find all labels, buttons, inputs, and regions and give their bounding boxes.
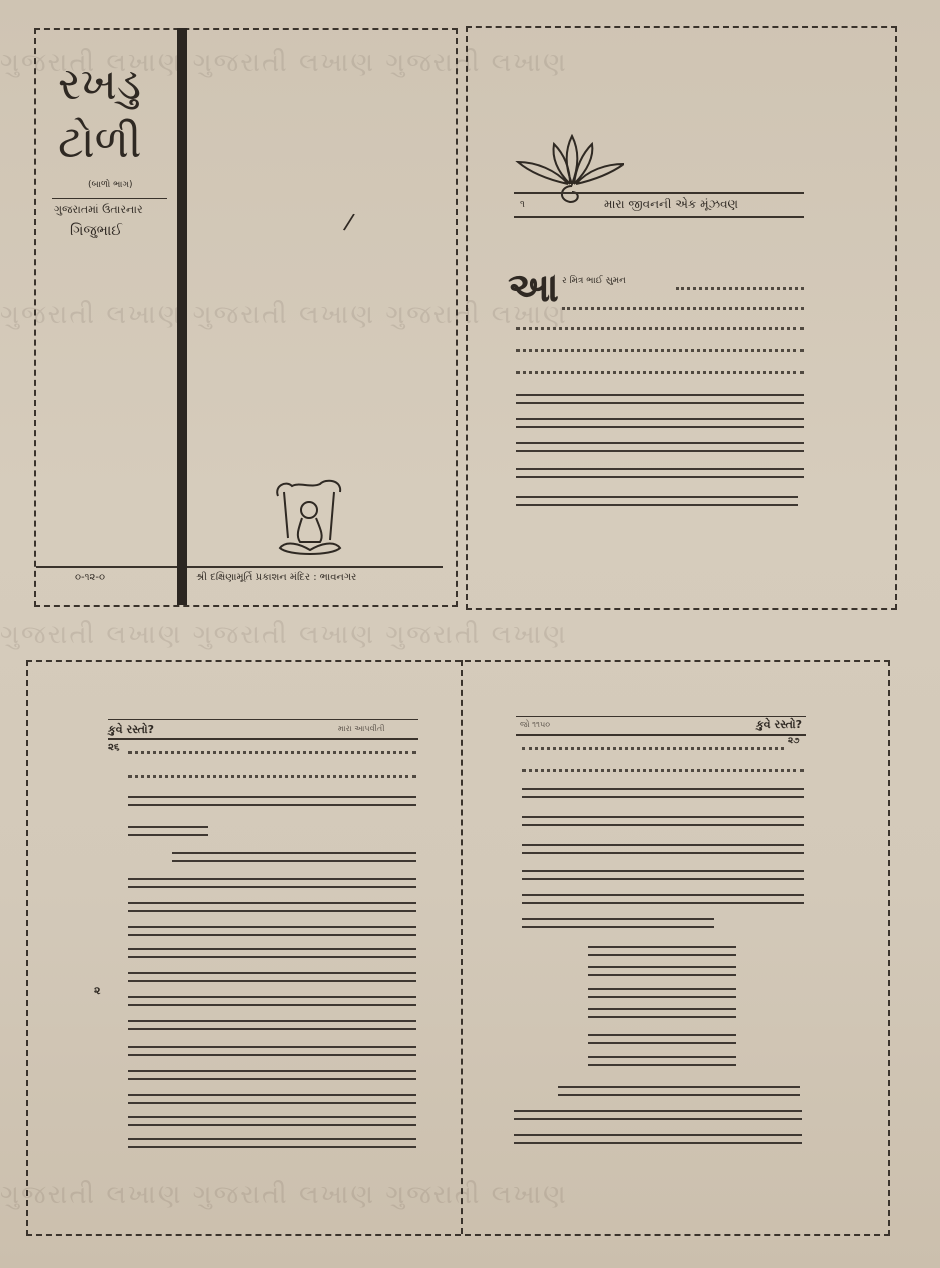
text-line-placeholder — [128, 902, 416, 912]
right-page-number: ૨૭ — [788, 736, 800, 746]
text-line-placeholder — [128, 1116, 416, 1126]
text-line-placeholder — [514, 1134, 802, 1144]
text-line-placeholder — [558, 1086, 800, 1096]
chapter-rule-bottom — [514, 216, 804, 218]
text-line-placeholder — [128, 972, 416, 982]
text-line-placeholder — [128, 1138, 416, 1148]
text-line-placeholder — [128, 1094, 416, 1104]
text-line-placeholder — [128, 1020, 416, 1030]
verse-line — [588, 1008, 736, 1018]
text-line — [516, 362, 804, 374]
text-line-placeholder — [128, 1046, 416, 1056]
running-head-rule-top — [108, 719, 418, 720]
cover-title-line1: રખડુ — [58, 62, 141, 108]
text-line-placeholder — [522, 844, 804, 854]
seated-sage-emblem-icon — [272, 478, 348, 558]
left-page-number: ૨૬ — [108, 742, 119, 753]
cover-publisher: શ્રી દક્ષિણામૂર્તિ પ્રકાશન મંદિર : ભાવનગ… — [196, 572, 356, 583]
cover-author: ગિજુભાઈ — [70, 223, 122, 239]
text-line — [516, 318, 804, 330]
text-line-placeholder — [522, 816, 804, 826]
text-line-placeholder — [516, 442, 804, 452]
text-line-placeholder — [522, 918, 714, 928]
text-line — [676, 278, 804, 290]
text-line — [128, 766, 416, 778]
right-running-head: કુવે રસ્તો? — [756, 718, 802, 732]
text-line-placeholder — [128, 926, 416, 936]
text-line-placeholder — [522, 894, 804, 904]
cover-divider — [52, 198, 167, 199]
text-line-placeholder — [514, 1110, 802, 1120]
margin-mark: ૨ — [94, 984, 100, 998]
text-line-placeholder — [128, 826, 208, 836]
book-spine — [177, 28, 187, 605]
verse-line — [588, 946, 736, 956]
cover-translator-label: ગુજરાતમાં ઉતારનાર — [54, 203, 143, 217]
text-line-placeholder — [522, 788, 804, 798]
text-line — [522, 738, 784, 750]
text-line — [128, 742, 416, 754]
verse-line — [588, 1056, 736, 1066]
text-line — [516, 340, 804, 352]
text-line — [522, 760, 804, 772]
cover-subtitle: (બાળો ભાગ) — [88, 180, 133, 190]
text-line-placeholder — [516, 394, 804, 404]
text-line-placeholder — [516, 468, 804, 478]
running-head-rule-bottom — [516, 734, 806, 736]
text-line-placeholder — [516, 418, 804, 428]
chapter-rule-top — [514, 192, 804, 194]
chapter-title: મારા જીવનની એક મૂંઝવણ — [604, 197, 738, 212]
chapter-number: ૧ — [520, 199, 525, 210]
drop-cap: આ — [508, 266, 559, 310]
text-line-placeholder — [128, 1070, 416, 1080]
running-head-rule-bottom — [108, 738, 418, 740]
verse-line — [588, 1034, 736, 1044]
verse-line — [588, 988, 736, 998]
text-line-placeholder — [128, 878, 416, 888]
right-running-head-left: જો ૧૧૫૦ — [520, 720, 550, 730]
text-line-placeholder — [128, 948, 416, 958]
verse-line — [588, 966, 736, 976]
cover-title-line2: ટોળી — [58, 120, 142, 166]
chapter-first-line: ર મિત્ર ભાઈ સુમન — [562, 276, 626, 286]
cover-spread-frame — [34, 28, 458, 607]
cover-bottom-rule — [36, 566, 177, 568]
running-head-rule-top — [516, 716, 806, 717]
text-line-placeholder — [128, 996, 416, 1006]
gutter-line — [461, 660, 463, 1234]
text-line-placeholder — [172, 852, 416, 862]
text-line — [562, 298, 804, 310]
text-line-placeholder — [128, 796, 416, 806]
left-running-head: કુવે રસ્તો? — [108, 723, 154, 737]
text-line-placeholder — [522, 870, 804, 880]
left-running-head-right: મારા આપવીતી — [338, 724, 384, 734]
bleed-through-text: ગુજરાતી લખાણ ગુજરાતી લખાણ ગુજરાતી લખાણ — [0, 620, 940, 651]
cover-price: ૦-૧૨-૦ — [75, 572, 105, 583]
cover-bottom-rule — [187, 566, 443, 568]
text-line-placeholder — [516, 496, 798, 506]
